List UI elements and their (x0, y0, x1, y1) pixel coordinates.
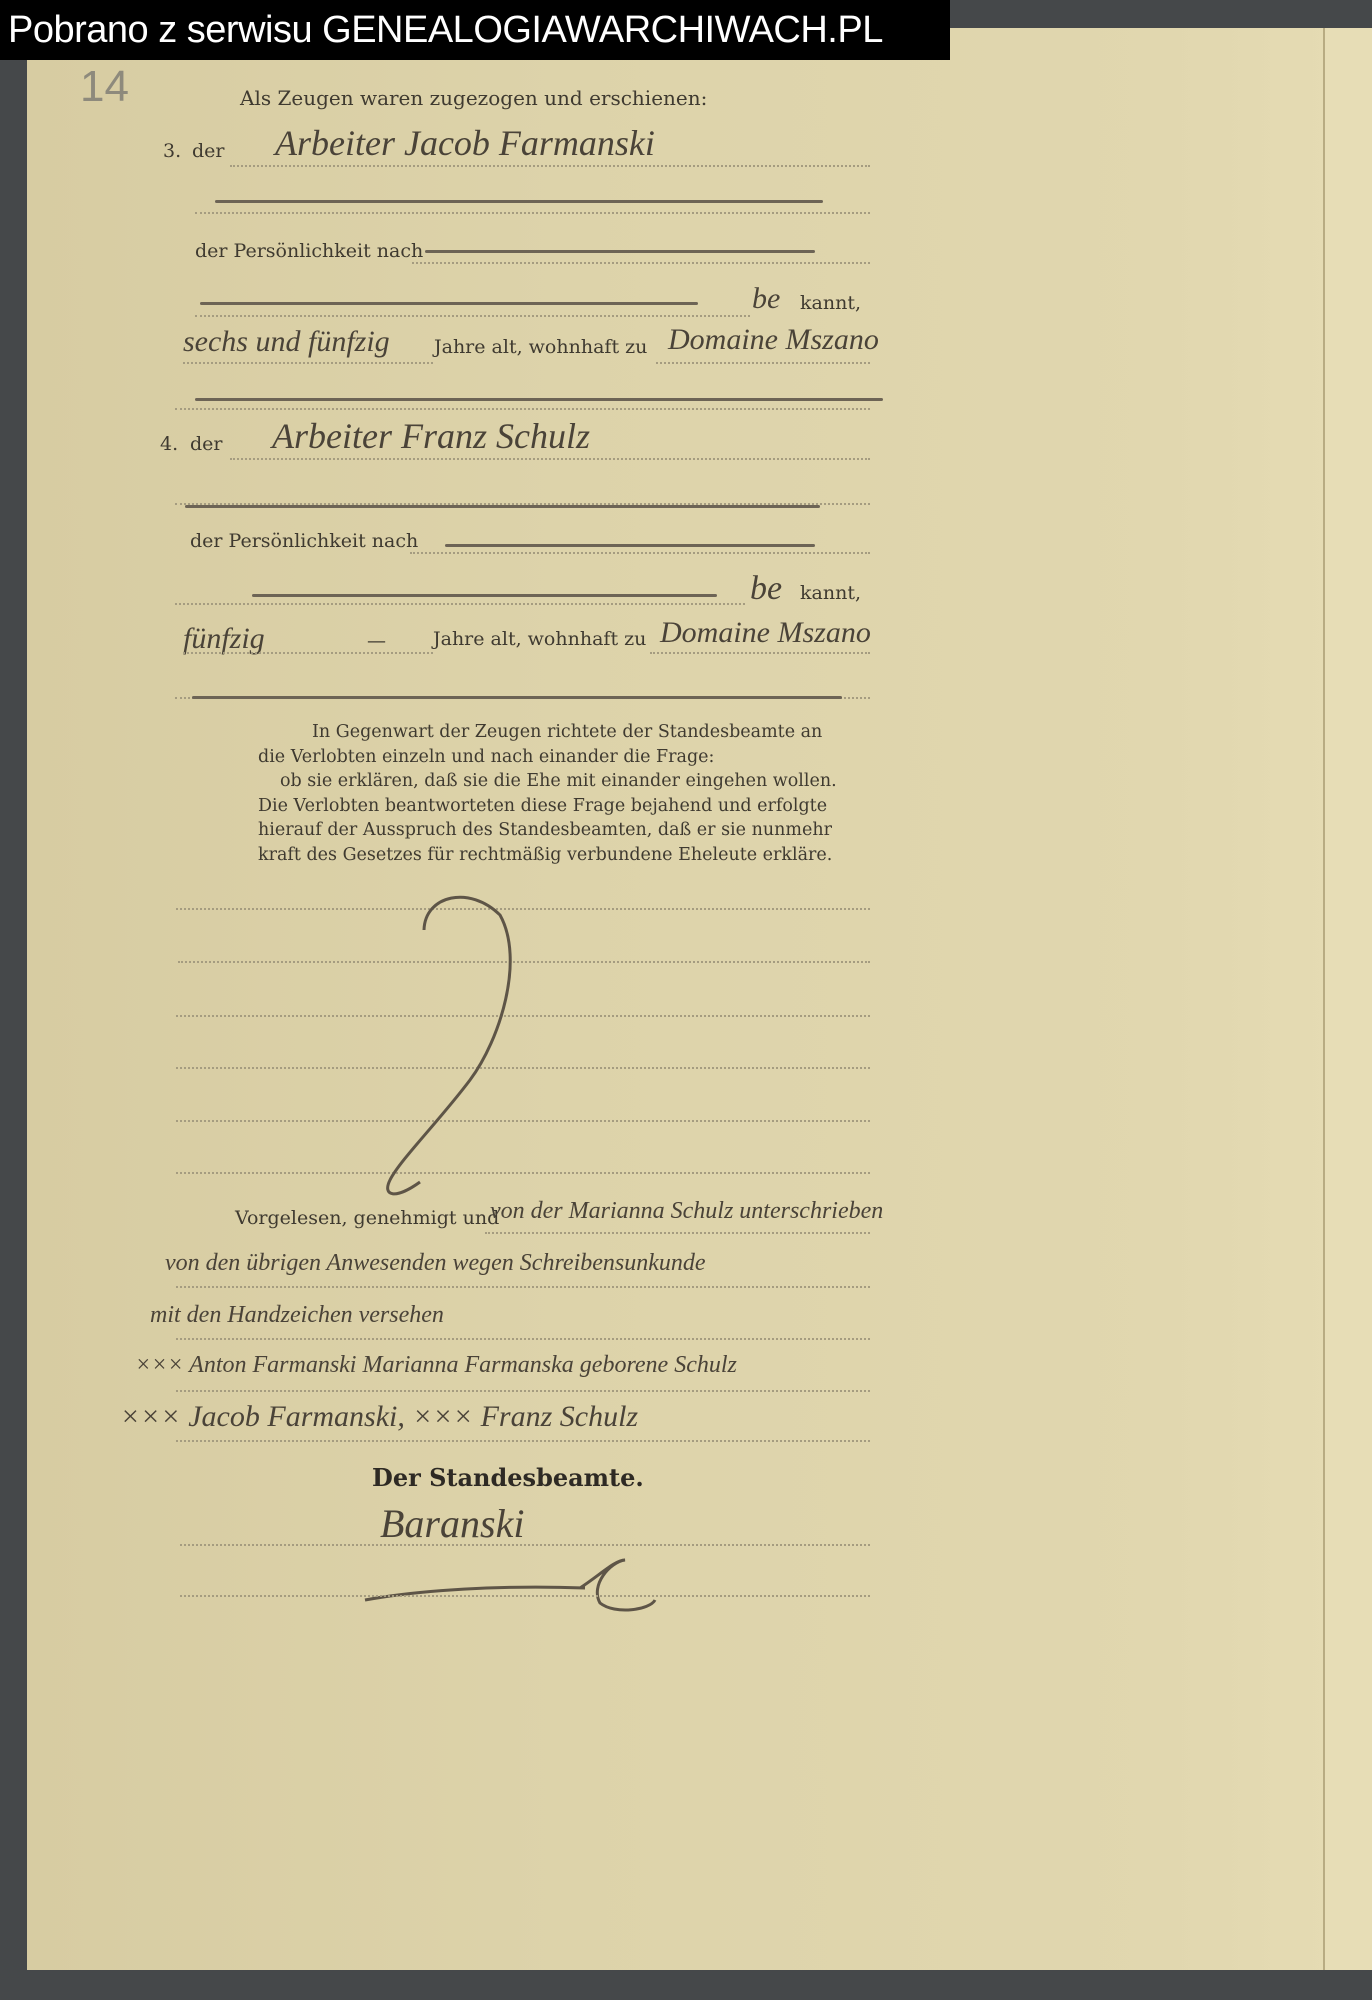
closing-line-3: mit den Handzeichen versehen (150, 1302, 444, 1329)
dotted-line (176, 1286, 870, 1288)
cancellation-stroke (0, 0, 1372, 2000)
signatures-line-1: ××× Anton Farmanski Marianna Farmanska g… (135, 1352, 737, 1379)
dotted-line (485, 1232, 870, 1234)
closing-label: Vorgelesen, genehmigt und (235, 1207, 499, 1229)
dotted-line (176, 1390, 870, 1392)
closing-line-2: von den übrigen Anwesenden wegen Schreib… (165, 1250, 706, 1277)
registrar-signature: Baranski (380, 1500, 524, 1547)
dotted-line (176, 1338, 870, 1340)
registrar-title: Der Standesbeamte. (372, 1463, 644, 1492)
closing-line-1: von der Marianna Schulz unterschrieben (490, 1198, 883, 1225)
signatures-line-2: ××× Jacob Farmanski, ××× Franz Schulz (120, 1400, 638, 1434)
dotted-line (180, 1544, 870, 1546)
dotted-line (180, 1595, 870, 1597)
dotted-line (176, 1440, 870, 1442)
